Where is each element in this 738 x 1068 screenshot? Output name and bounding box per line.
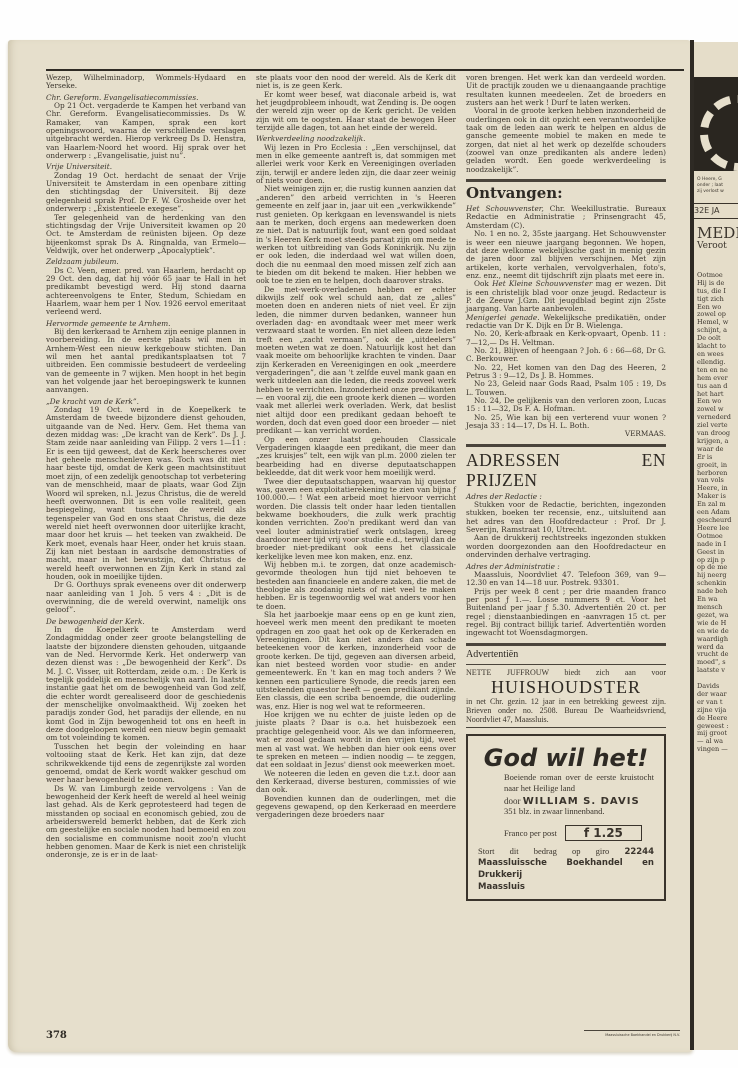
redactie-text: Stukken voor de Redactie, berichten, ing…	[466, 501, 666, 559]
paragraph: Wij hebben m.i. te zorgen, dat onze acad…	[256, 561, 456, 611]
section-title: MEDI	[694, 225, 738, 241]
book-ad-title: God wil het!	[478, 744, 654, 772]
paragraph: Hoe krijgen we nu echter de juiste leden…	[256, 711, 456, 769]
ad-headline: HUISHOUDSTER	[466, 677, 666, 697]
classified-ad-housekeeper: NETTE JUFFROUW biedt zich aan voor HUISH…	[466, 668, 666, 724]
column-middle: ste plaats voor den nood der wereld. Als…	[256, 74, 456, 820]
paragraph: Dr G. Oorthuys sprak eveneens over dit o…	[46, 581, 246, 614]
paragraph: Ook Het Kleine Schouwvenster mag er weze…	[466, 280, 666, 313]
administratie-text: Maassluis, Noordvliet 47. Telefoon 369, …	[466, 571, 666, 638]
paragraph: Wezep, Wilhelminadorp, Wommels-Hydaard e…	[46, 74, 246, 91]
paragraph: Twee dier deputaatschappen, waarvan hij …	[256, 478, 456, 561]
paragraph: No. 25, Wie kan bij een verterend vuur w…	[466, 414, 666, 431]
paragraph: In de Koepelkerk te Amsterdam werd Zonda…	[46, 626, 246, 743]
ontvangen-heading: Ontvangen:	[466, 185, 666, 202]
paragraph: No. 22, Het komen van den Dag des Heeren…	[466, 364, 666, 381]
adressen-heading: ADRESSEN EN PRIJZEN	[466, 450, 666, 490]
paragraph: Maassluis, Noordvliet 47. Telefoon 369, …	[466, 571, 666, 588]
paragraph: ste plaats voor den nood der wereld. Als…	[256, 74, 456, 91]
header-rule	[46, 69, 684, 71]
giro-line: Stort dit bedrag op giro 22244	[478, 847, 654, 856]
paragraph: Ds W. van Limburgh zeide vervolgens : Va…	[46, 785, 246, 860]
paragraph: No. 20, Kerk-afbraak en Kerk-opvaart, Op…	[466, 330, 666, 347]
book-ad-author: door WILLIAM S. DAVIS	[504, 797, 654, 806]
paragraph: Ds C. Veen, emer. pred. van Haarlem, her…	[46, 267, 246, 317]
paragraph: No 23, Geleid naar Gods Raad, Psalm 105 …	[466, 380, 666, 397]
masthead-caption: O Heere, Gonder ; laatzij verlost w	[694, 177, 738, 195]
paragraph: We noteeren die leden en geven die t.z.t…	[256, 770, 456, 795]
paragraph: De met-werk-overladenen hebben er echter…	[256, 286, 456, 436]
ad-lead: NETTE JUFFROUW biedt zich aan voor	[466, 668, 666, 677]
paragraph: voren brengen. Het werk kan dan verdeeld…	[466, 74, 666, 107]
paragraph: Prijs per week 8 cent ; per drie maanden…	[466, 588, 666, 638]
section-rule	[466, 444, 666, 447]
ad-rule	[466, 727, 666, 728]
masthead-illustration	[694, 77, 738, 171]
paragraph: Zondag 19 Oct. herdacht de senaat der Vr…	[46, 172, 246, 214]
ad-rule	[466, 664, 666, 665]
price-box: f 1.25	[565, 825, 642, 841]
column-left: Wezep, Wilhelminadorp, Wommels-Hydaard e…	[46, 74, 246, 860]
page-number: 378	[46, 1030, 67, 1041]
book-ad: God wil het! Boeiende roman over de eers…	[466, 734, 666, 901]
adjacent-page-text: OotmoeHij is detus, die Itigt zichEen wo…	[694, 272, 738, 754]
paragraph: Wij lezen in Pro Ecclesia : „Een verschi…	[256, 144, 456, 186]
ontvangen-list: Het Schouwvenster, Chr. Weekillustratie.…	[466, 205, 666, 430]
section-rule	[466, 179, 666, 182]
paragraph: No. 24, De gelijkenis van den verloren z…	[466, 397, 666, 414]
paragraph: Bovendien kunnen dan de ouderlingen, met…	[256, 795, 456, 820]
article-continuation: voren brengen. Het werk kan dan verdeeld…	[466, 74, 666, 174]
section-rule	[466, 643, 666, 646]
advertenties-heading: Advertentiën	[466, 649, 666, 661]
ad-body: in net Chr. gezin. 12 jaar in een betrek…	[466, 697, 666, 724]
paragraph: Er komt weer besef, wat diaconale arbeid…	[256, 91, 456, 133]
publisher-name: Maassluissche Boekhandel en Drukkerij	[478, 857, 654, 881]
paragraph: No. 1 en no. 2, 35ste jaargang. Het Scho…	[466, 230, 666, 280]
paragraph: Stukken voor de Redactie, berichten, ing…	[466, 501, 666, 534]
paragraph: Op 21 Oct. vergaderde te Kampen het verb…	[46, 102, 246, 160]
publisher-city: Maassluis	[478, 881, 654, 893]
paragraph: Niet weinigen zijn er, die rustig kunnen…	[256, 185, 456, 285]
adjacent-page-strip: O Heere, Gonder ; laatzij verlost w 32E …	[694, 42, 738, 1050]
book-ad-description: Boeiende roman over de eerste kruistocht…	[504, 772, 654, 794]
column-right: voren brengen. Het werk kan dan verdeeld…	[466, 74, 666, 901]
price-label: Franco per post	[504, 829, 557, 837]
book-ad-price-row: Franco per post f 1.25	[504, 825, 654, 841]
paragraph: Tusschen het begin der voleinding en haa…	[46, 743, 246, 785]
printer-imprint: Maassluissche Boekhandel en Drukkerij N.…	[584, 1030, 680, 1037]
author-signature: VERMAAS.	[466, 430, 666, 438]
paragraph: Vooral in de groote kerken hebben inzond…	[466, 107, 666, 174]
paragraph: No. 21, Blijven of heengaan ? Joh. 6 : 6…	[466, 347, 666, 364]
paragraph: Sla het jaarboekje maar eens op en ge ku…	[256, 611, 456, 711]
paragraph: Aan de drukkerij rechtstreeks ingezonden…	[466, 534, 666, 559]
paragraph: Het Schouwvenster, Chr. Weekillustratie.…	[466, 205, 666, 230]
section-subtitle: Veroot	[694, 241, 738, 252]
paragraph: Ter gelegenheid van de herdenking van de…	[46, 214, 246, 256]
paragraph: Menigerlei genade. Wekelijksche predikat…	[466, 314, 666, 331]
volume-label: 32E JA	[694, 203, 738, 219]
paragraph: Zondag 19 Oct. werd in de Koepelkerk te …	[46, 406, 246, 581]
paragraph: Op een onzer laatst gehouden Classicale …	[256, 436, 456, 478]
book-ad-pages: 351 blz. in zwaar linnenband.	[504, 806, 654, 817]
paragraph: Bij den kerkeraad te Arnhem zijn eenige …	[46, 328, 246, 395]
